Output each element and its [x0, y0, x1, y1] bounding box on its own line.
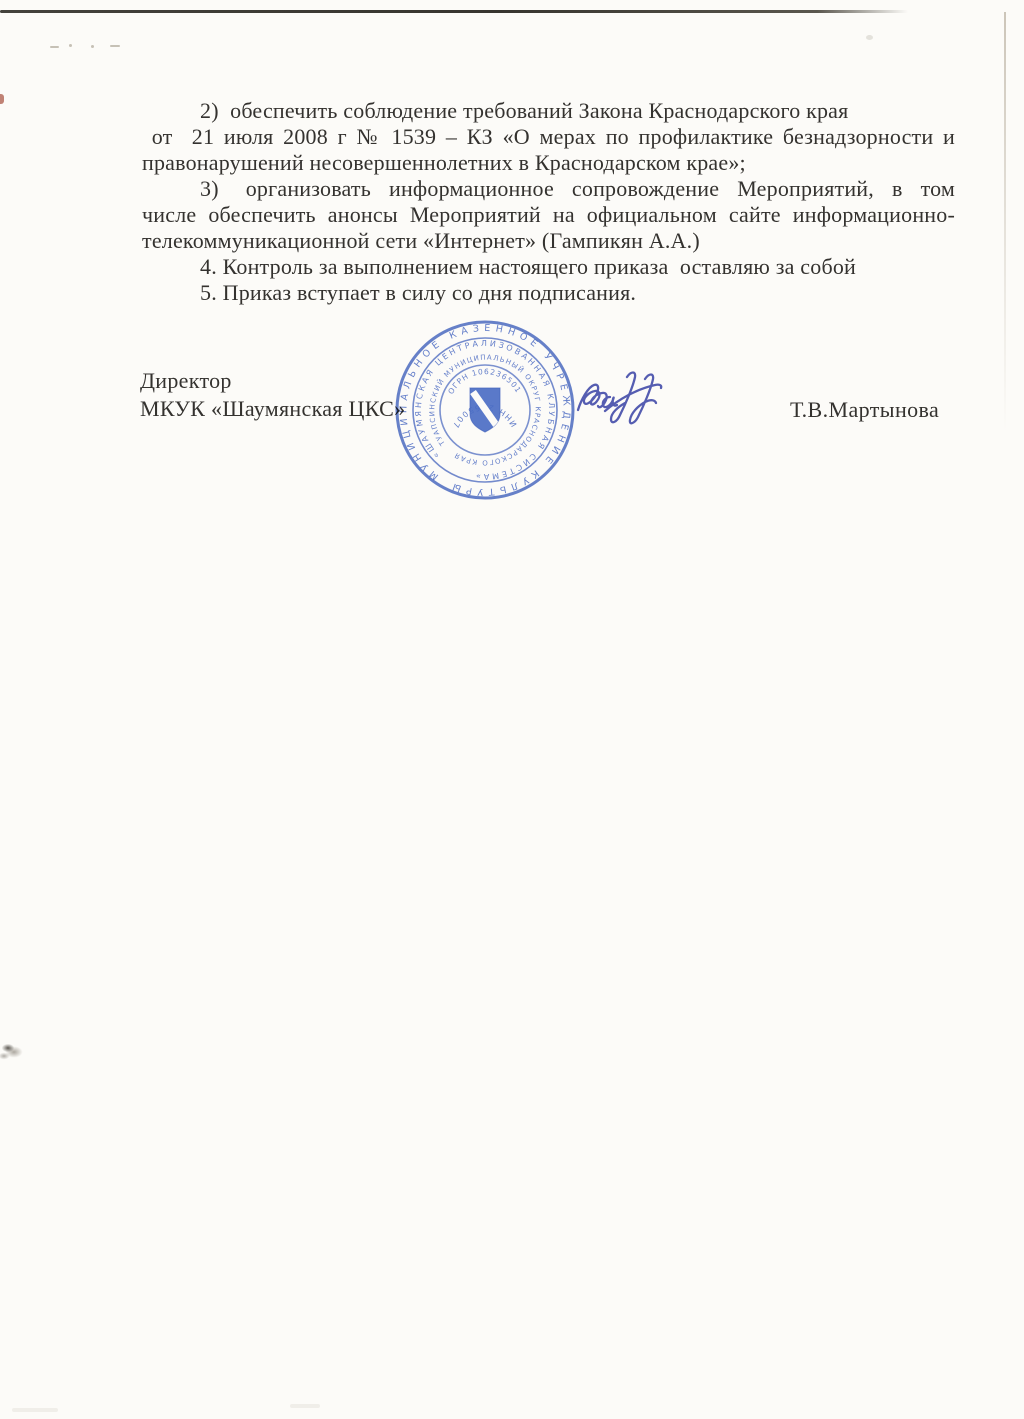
body-line: 5. Приказ вступает в силу со дня подписа…	[142, 280, 955, 306]
body-line: телекоммуникационной сети «Интернет» (Га…	[142, 228, 955, 254]
order-body-text: 2) обеспечить соблюдение требований Зако…	[142, 98, 955, 306]
scan-red-speck	[0, 94, 4, 104]
body-line: 3) организовать информационное сопровожд…	[142, 176, 955, 202]
scan-right-edge-line	[1004, 12, 1006, 432]
scan-faint-smudge	[12, 1408, 58, 1412]
body-line: числе обеспечить анонсы Мероприятий на о…	[142, 202, 955, 228]
handwritten-signature	[575, 364, 673, 434]
signer-role-title: Директор	[140, 368, 232, 394]
stamp-seal-icon: МУНИЦИПАЛЬНОЕ КАЗЕННОЕ УЧРЕЖДЕНИЕ КУЛЬТУ…	[393, 318, 577, 502]
body-line: 2) обеспечить соблюдение требований Зако…	[142, 98, 955, 124]
pencil-mark	[91, 45, 94, 48]
signer-organization: МКУК «Шаумянская ЦКС»	[140, 396, 405, 422]
signature-ink-icon	[575, 364, 673, 434]
pencil-mark	[50, 46, 59, 48]
scanned-document-page: 2) обеспечить соблюдение требований Зако…	[0, 0, 1024, 1419]
body-line: правонарушений несовершеннолетних в Крас…	[142, 150, 955, 176]
scan-faint-smudge	[290, 1404, 320, 1408]
stamp-emblem-shield-icon	[470, 388, 500, 432]
scan-faint-dot	[866, 35, 873, 40]
scan-smudge	[0, 1036, 28, 1062]
official-round-stamp: МУНИЦИПАЛЬНОЕ КАЗЕННОЕ УЧРЕЖДЕНИЕ КУЛЬТУ…	[393, 318, 577, 502]
scan-top-edge-line	[0, 10, 908, 13]
body-line: 4. Контроль за выполнением настоящего пр…	[142, 254, 955, 280]
pencil-mark	[110, 45, 120, 47]
signer-name: Т.В.Мартынова	[790, 397, 939, 423]
pencil-mark	[69, 44, 72, 47]
body-line: от 21 июля 2008 г № 1539 – КЗ «О мерах п…	[142, 124, 955, 150]
